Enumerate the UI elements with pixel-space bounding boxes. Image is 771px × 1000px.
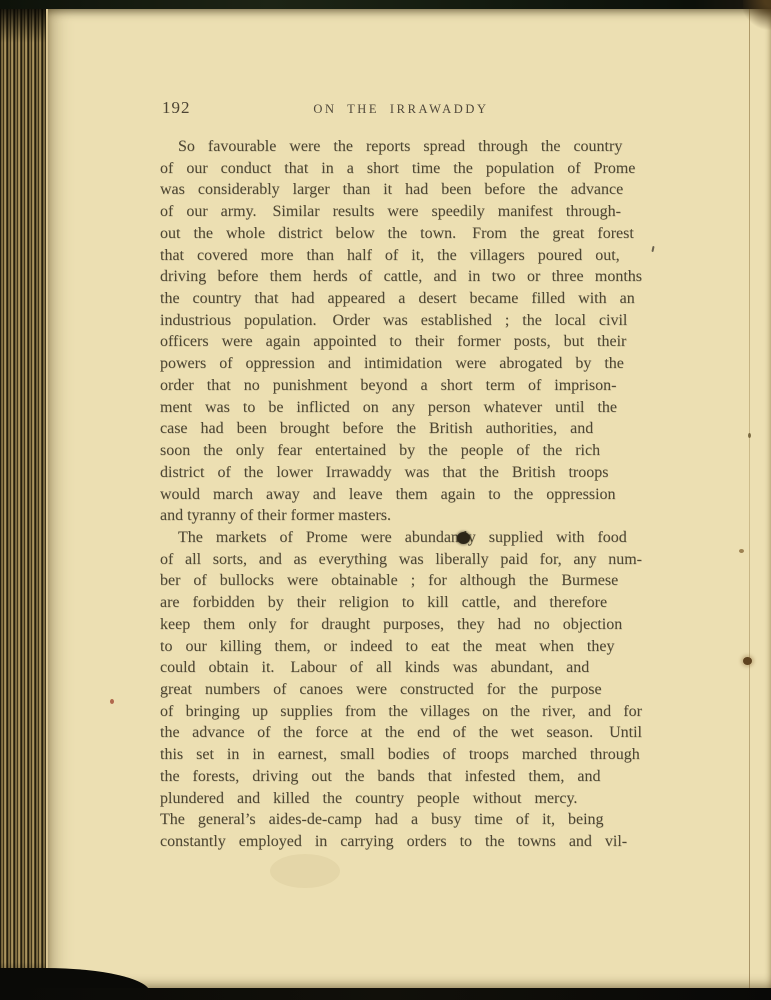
page-header: 192 ON THE IRRAWADDY — [160, 97, 642, 119]
text-line: out the whole district below the town. F… — [160, 223, 642, 245]
text-line: of our army. Similar results were speedi… — [160, 201, 642, 223]
text-line: to our killing them, or indeed to eat th… — [160, 636, 642, 658]
text-line: this set in in earnest, small bodies of … — [160, 744, 642, 766]
text-line: of our conduct that in a short time the … — [160, 158, 642, 180]
text-line: case had been brought before the British… — [160, 418, 642, 440]
foxing-spot — [739, 549, 744, 553]
cover-corner-top-right — [743, 0, 771, 32]
text-line: was considerably larger than it had been… — [160, 179, 642, 201]
text-line: powers of oppression and intimidation we… — [160, 353, 642, 375]
text-line: great numbers of canoes were constructed… — [160, 679, 642, 701]
text-line: of bringing up supplies from the village… — [160, 701, 642, 723]
text-line: the advance of the force at the end of t… — [160, 722, 642, 744]
text-line: of all sorts, and as everything was libe… — [160, 549, 642, 571]
text-line: district of the lower Irrawaddy was that… — [160, 462, 642, 484]
page-edge-crease — [749, 9, 750, 988]
foxing-spot-large — [743, 657, 752, 665]
text-line: constantly employed in carrying orders t… — [160, 831, 642, 853]
text-line: industrious population. Order was establ… — [160, 310, 642, 332]
text-line: order that no punishment beyond a short … — [160, 375, 642, 397]
book-photo: 192 ON THE IRRAWADDY So favourable were … — [0, 0, 771, 1000]
text-line: ment was to be inflicted on any person w… — [160, 397, 642, 419]
stray-ink-mark — [651, 246, 654, 252]
text-line: The markets of Prome were abundantly sup… — [160, 527, 642, 549]
text-line: keep them only for draught purposes, the… — [160, 614, 642, 636]
ink-blot — [457, 532, 470, 544]
text-block: So favourable were the reports spread th… — [160, 136, 642, 853]
text-line: driving before them herds of cattle, and… — [160, 266, 642, 288]
text-line: soon the only fear entertained by the pe… — [160, 440, 642, 462]
foxing-spot-red — [110, 699, 114, 704]
text-line: So favourable were the reports spread th… — [160, 136, 642, 158]
book-cover-bottom-edge — [0, 988, 771, 1000]
text-line: that covered more than half of it, the v… — [160, 245, 642, 267]
running-title: ON THE IRRAWADDY — [160, 100, 642, 119]
text-line: officers were again appointed to their f… — [160, 331, 642, 353]
paper-stain — [270, 854, 340, 888]
text-line: The general’s aides-de-camp had a busy t… — [160, 809, 642, 831]
text-line: the forests, driving out the bands that … — [160, 766, 642, 788]
text-line: are forbidden by their religion to kill … — [160, 592, 642, 614]
book-page: 192 ON THE IRRAWADDY So favourable were … — [48, 9, 771, 988]
text-line: would march away and leave them again to… — [160, 484, 642, 506]
text-line: ber of bullocks were obtainable ; for al… — [160, 570, 642, 592]
page-stack-left-edge — [0, 9, 48, 988]
text-line: plundered and killed the country people … — [160, 788, 642, 810]
text-line: and tyranny of their former masters. — [160, 505, 642, 527]
text-line: could obtain it. Labour of all kinds was… — [160, 657, 642, 679]
text-line: the country that had appeared a desert b… — [160, 288, 642, 310]
foxing-spot — [748, 433, 751, 438]
